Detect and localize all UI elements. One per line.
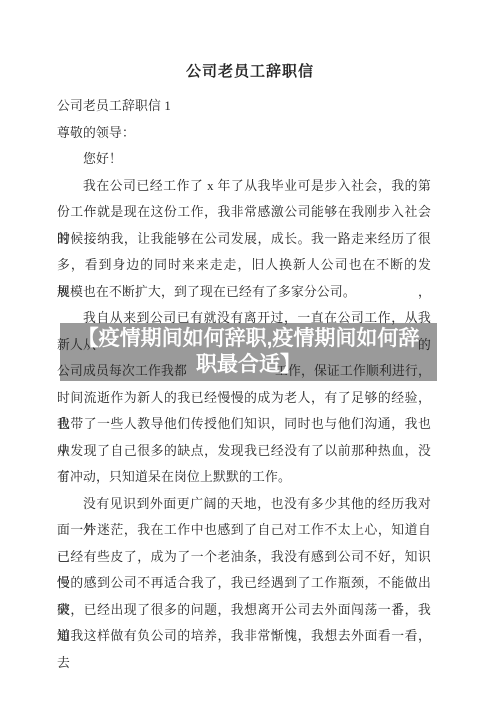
text-line-18: 已经有些皮了，成为了一个老油条，我没有感到公司不好，知识慢	[57, 544, 431, 571]
text-line-15: 了冲动，只知道呆在岗位上默默的工作。	[57, 464, 431, 491]
text-line-3: 您好！	[57, 146, 431, 173]
text-line-21: 道我这样做有负公司的培养，我非常惭愧，我想去外面看一看，去	[57, 623, 431, 650]
text-line-13: 也带了一些人教导他们传授他们知识，同时也与他们沟通，我也从	[57, 411, 431, 438]
text-line-4: 我在公司已经工作了 x 年了从我毕业可是步入社会，我的第一	[57, 173, 431, 200]
watermark-overlay: 【疫情期间如何辞职,疫情期间如何辞职最合适】	[60, 323, 437, 381]
text-line-2: 尊敬的领导：	[57, 120, 431, 147]
watermark-text: 【疫情期间如何辞职,疫情期间如何辞职最合适】	[70, 326, 428, 378]
text-line-19: 慢的感到公司不再适合我了，我已经遇到了工作瓶颈，不能做出突	[57, 570, 431, 597]
document-page: 公司老员工辞职信 公司老员工辞职信 1尊敬的领导：您好！我在公司已经工作了 x …	[0, 0, 500, 706]
text-line-20: 破，已经出现了很多的问题，我想离开公司去外面闯荡一番，我知	[57, 597, 431, 624]
text-line-6: 时候接纳我，让我能够在公司发展，成长。我一路走来经历了很	[57, 226, 431, 253]
text-line-5: 份工作就是现在这份工作，我非常感激公司能够在我刚步入社会的	[57, 199, 431, 226]
text-line-17: 面一片迷茫，我在工作中也感到了自己对工作不太上心，知道自己	[57, 517, 431, 544]
text-line-16: 没有见识到外面更广阔的天地，也没有多少其他的经历我对外	[57, 491, 431, 518]
text-line-1: 公司老员工辞职信 1	[57, 93, 431, 120]
document-title: 公司老员工辞职信	[0, 64, 500, 81]
text-line-14: 中发现了自己很多的缺点，发现我已经没有了以前那种热血，没有	[57, 438, 431, 465]
text-line-7: 多，看到身边的同时来来走走，旧人换新人公司也在不断的发展，	[57, 252, 431, 279]
text-line-12: 时间流逝作为新人的我已经慢慢的成为老人，有了足够的经验，我	[57, 385, 431, 412]
